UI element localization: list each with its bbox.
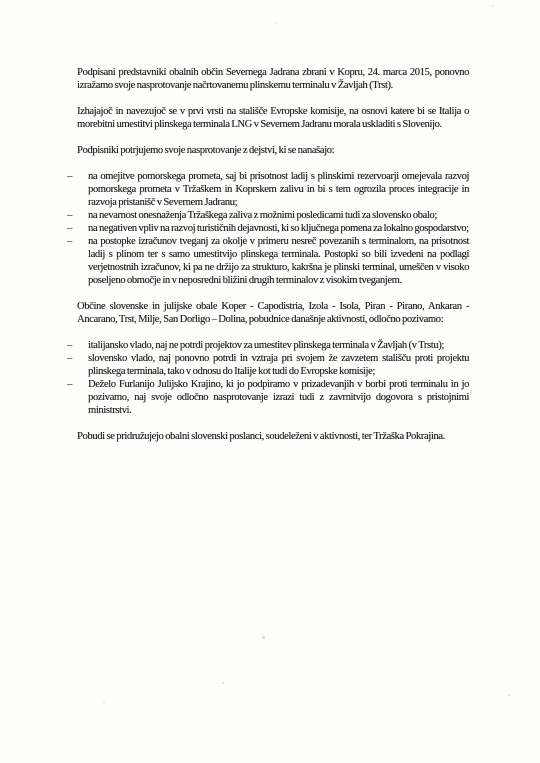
list-item: – na omejitve pomorskega prometa, saj bi…	[66, 170, 469, 209]
objections-list: – na omejitve pomorskega prometa, saj bi…	[77, 170, 469, 287]
dash-bullet: –	[66, 209, 88, 222]
dash-bullet: –	[66, 339, 88, 352]
list-item: – Deželo Furlanijo Julijsko Krajino, ki …	[66, 378, 469, 417]
scanned-document-page: Podpisani predstavniki obalnih občin Sev…	[0, 0, 540, 763]
paragraph-confirm-lead: Podpisniki potrjujemo svoje nasprotovanj…	[77, 144, 469, 157]
list-item: – italijansko vlado, naj ne potrdi proje…	[66, 339, 469, 352]
scan-speck	[492, 5, 494, 7]
bullet-text: na omejitve pomorskega prometa, saj bi p…	[88, 170, 469, 209]
bullet-text: italijansko vlado, naj ne potrdi projekt…	[88, 339, 469, 352]
scan-speck	[103, 701, 105, 703]
scan-speck	[508, 694, 510, 696]
document-body: Podpisani predstavniki obalnih občin Sev…	[77, 66, 469, 456]
dash-bullet: –	[66, 235, 88, 287]
paragraph-intro: Podpisani predstavniki obalnih občin Sev…	[77, 66, 469, 92]
bullet-text: na negativen vpliv na razvoj turističnih…	[88, 222, 469, 235]
scan-speck	[222, 682, 224, 684]
appeals-list: – italijansko vlado, naj ne potrdi proje…	[77, 339, 469, 417]
list-item: – na nevarnost onesnaženja Tržaškega zal…	[66, 209, 469, 222]
list-item: – slovensko vlado, naj ponovno potrdi in…	[66, 352, 469, 378]
paragraph-closing: Pobudi se pridružujejo obalni slovenski …	[77, 430, 469, 443]
list-item: – na negativen vpliv na razvoj turističn…	[66, 222, 469, 235]
scan-speck	[275, 22, 277, 24]
scan-speck	[262, 636, 265, 639]
bullet-text: Deželo Furlanijo Julijsko Krajino, ki jo…	[88, 378, 469, 417]
list-item: – na postopke izračunov tveganj za okolj…	[66, 235, 469, 287]
bullet-text: na nevarnost onesnaženja Tržaškega zaliv…	[88, 209, 469, 222]
paragraph-municipalities: Občine slovenske in julijske obale Koper…	[77, 300, 469, 326]
scan-speck	[470, 390, 472, 395]
dash-bullet: –	[66, 378, 88, 417]
dash-bullet: –	[66, 170, 88, 209]
paragraph-eu-basis: Izhajajoč in navezujoč se v prvi vrsti n…	[77, 105, 469, 131]
dash-bullet: –	[66, 352, 88, 378]
bullet-text: slovensko vlado, naj ponovno potrdi in v…	[88, 352, 469, 378]
bullet-text: na postopke izračunov tveganj za okolje …	[88, 235, 469, 287]
dash-bullet: –	[66, 222, 88, 235]
